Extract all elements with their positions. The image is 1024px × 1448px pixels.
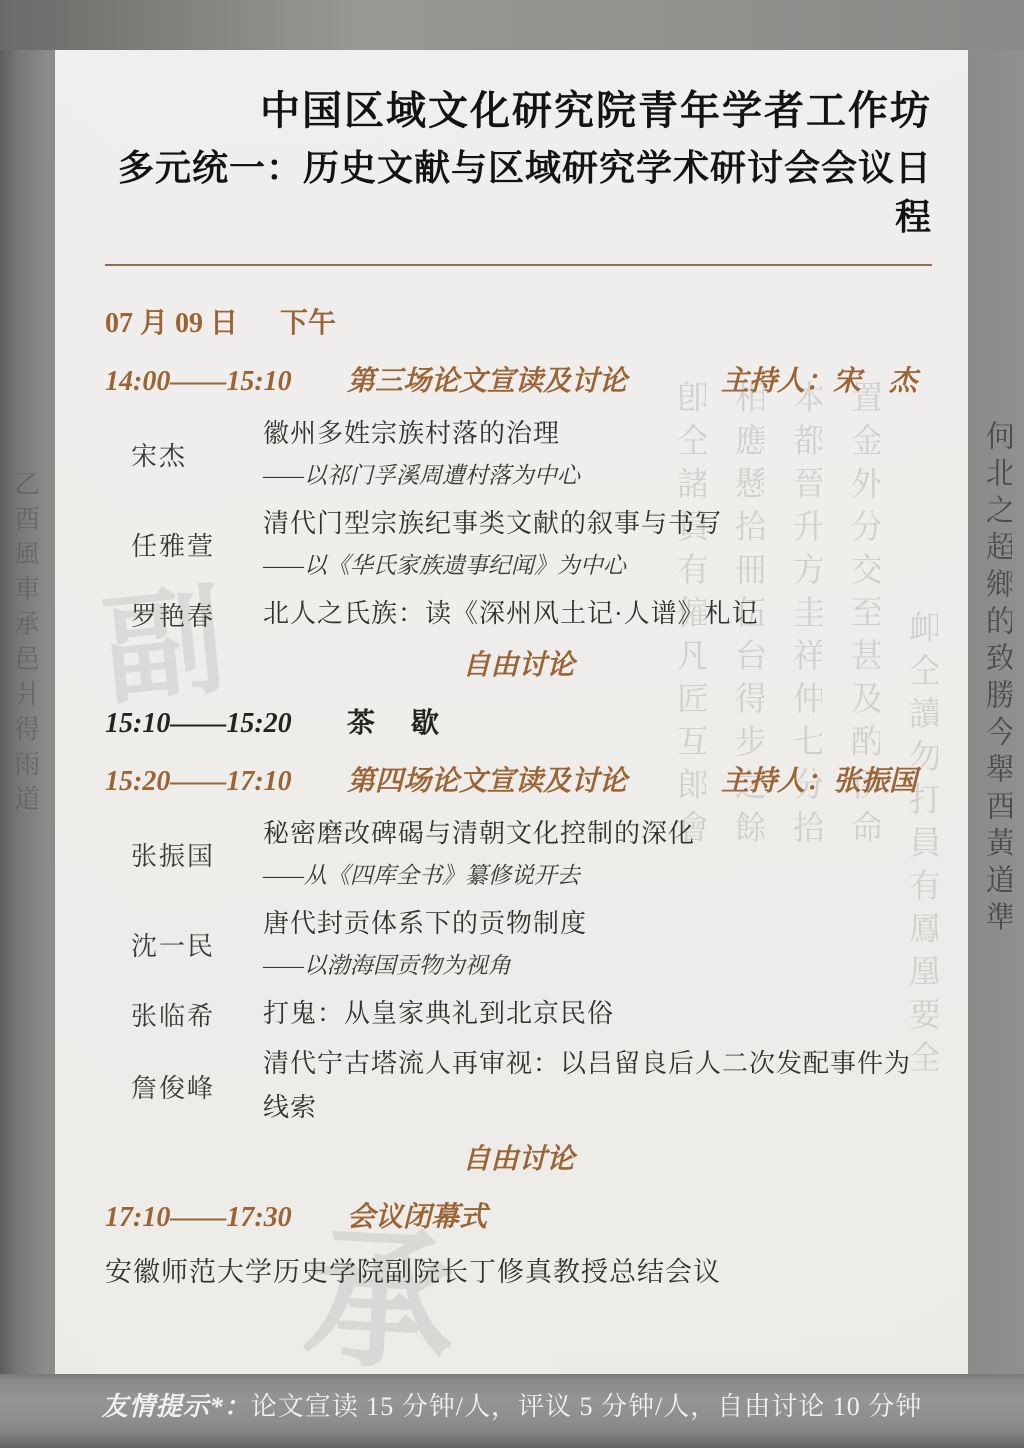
conference-subtitle: 多元统一：历史文献与区域研究学术研讨会会议日程 xyxy=(105,144,932,242)
workshop-title: 中国区域文化研究院青年学者工作坊 xyxy=(105,84,932,138)
session-3-time: 14:00——15:10 xyxy=(105,364,347,400)
paper-body: 秘密磨改碑碣与清朝文化控制的深化 ——从《四库全书》纂修说开去 xyxy=(263,812,932,896)
paper-author: 任雅萱 xyxy=(131,502,263,586)
paper-body: 清代宁古塔流人再审视：以吕留良后人二次发配事件为线索 xyxy=(263,1042,932,1130)
paper-body: 北人之氏族：读《深州风土记·人谱》札记 xyxy=(263,592,932,636)
closing-note: 安徽师范大学历史学院副院长丁修真教授总结会议 xyxy=(105,1254,932,1290)
paper-row: 沈一民 唐代封贡体系下的贡物制度 ——以渤海国贡物为视角 xyxy=(105,902,932,986)
paper-subtitle: ——以《华氏家族遗事纪闻》为中心 xyxy=(263,546,932,586)
paper-title: 清代门型宗族纪事类文献的叙事与书写 xyxy=(263,502,932,546)
session-3-header: 14:00——15:10 第三场论文宣读及讨论 主持人：宋 杰 xyxy=(105,364,932,400)
paper-body: 清代门型宗族纪事类文献的叙事与书写 ——以《华氏家族遗事纪闻》为中心 xyxy=(263,502,932,586)
paper-row: 张振国 秘密磨改碑碣与清朝文化控制的深化 ——从《四库全书》纂修说开去 xyxy=(105,812,932,896)
paper-title: 清代宁古塔流人再审视：以吕留良后人二次发配事件为线索 xyxy=(263,1042,932,1130)
session-3-title: 第三场论文宣读及讨论 xyxy=(347,364,685,400)
title-divider xyxy=(105,264,932,266)
session-4-chair: 主持人：张振国 xyxy=(721,764,917,800)
paper-title: 徽州多姓宗族村落的治理 xyxy=(263,412,932,456)
paper-author: 罗艳春 xyxy=(131,592,263,636)
period-label: 下午 xyxy=(280,306,336,342)
agenda-content: 中国区域文化研究院青年学者工作坊 多元统一：历史文献与区域研究学术研讨会会议日程… xyxy=(55,50,968,1290)
session-4-time: 15:20——17:10 xyxy=(105,764,347,800)
free-discussion-label: 自由讨论 xyxy=(105,1142,932,1178)
paper-subtitle: ——以祁门孚溪周遭村落为中心 xyxy=(263,456,932,496)
free-discussion-label: 自由讨论 xyxy=(105,648,932,684)
footer-reminder: 友情提示*：论文宣读 15 分钟/人，评议 5 分钟/人，自由讨论 10 分钟 xyxy=(0,1390,1024,1424)
title-block: 中国区域文化研究院青年学者工作坊 多元统一：历史文献与区域研究学术研讨会会议日程 xyxy=(105,84,932,242)
paper-row: 张临希 打鬼：从皇家典礼到北京民俗 xyxy=(105,992,932,1036)
paper-subtitle: ——从《四库全书》纂修说开去 xyxy=(263,856,932,896)
footer-reminder-text: 论文宣读 15 分钟/人，评议 5 分钟/人，自由讨论 10 分钟 xyxy=(251,1392,922,1421)
paper-title: 打鬼：从皇家典礼到北京民俗 xyxy=(263,992,932,1036)
paper-row: 詹俊峰 清代宁古塔流人再审视：以吕留良后人二次发配事件为线索 xyxy=(105,1042,932,1130)
paper-body: 打鬼：从皇家典礼到北京民俗 xyxy=(263,992,932,1036)
paper-row: 宋杰 徽州多姓宗族村落的治理 ——以祁门孚溪周遭村落为中心 xyxy=(105,412,932,496)
paper-author: 张振国 xyxy=(131,812,263,896)
paper-title: 唐代封贡体系下的贡物制度 xyxy=(263,902,932,946)
closing-time: 17:10——17:30 xyxy=(105,1200,347,1236)
background-calligraphy-column-right: 何北之超鄉的致勝今舉酉黃道準 xyxy=(982,420,1012,1360)
session-4-title: 第四场论文宣读及讨论 xyxy=(347,764,685,800)
paper-title: 北人之氏族：读《深州风土记·人谱》札记 xyxy=(263,592,932,636)
date-label: 07 月 09 日 xyxy=(105,306,238,342)
background-top-band xyxy=(0,0,1024,50)
closing-header: 17:10——17:30 会议闭幕式 xyxy=(105,1200,932,1236)
footer-reminder-prefix: 友情提示*： xyxy=(102,1392,251,1421)
paper-author: 张临希 xyxy=(131,992,263,1036)
session-3-chair: 主持人：宋 杰 xyxy=(721,364,917,400)
paper-author: 沈一民 xyxy=(131,902,263,986)
tea-break-row: 15:10——15:20 茶 歇 xyxy=(105,706,932,742)
agenda-sheet: 卽仝諸員有僱凡匠互郎會 相應懸拾冊伍台得步之餘 本都晉升方圭祥仲七分拾 置金外分… xyxy=(55,50,968,1374)
paper-row: 罗艳春 北人之氏族：读《深州风土记·人谱》札记 xyxy=(105,592,932,636)
paper-title: 秘密磨改碑碣与清朝文化控制的深化 xyxy=(263,812,932,856)
paper-author: 宋杰 xyxy=(131,412,263,496)
date-heading: 07 月 09 日 下午 xyxy=(105,306,932,342)
paper-subtitle: ——以渤海国贡物为视角 xyxy=(263,946,932,986)
paper-author: 詹俊峰 xyxy=(131,1042,263,1130)
tea-break-label: 茶 歇 xyxy=(347,706,685,742)
tea-break-time: 15:10——15:20 xyxy=(105,706,347,742)
paper-body: 唐代封贡体系下的贡物制度 ——以渤海国贡物为视角 xyxy=(263,902,932,986)
closing-title: 会议闭幕式 xyxy=(347,1200,685,1236)
background-calligraphy-column-left: 乙酉風車承邑爿得雨道 xyxy=(12,470,38,1330)
paper-body: 徽州多姓宗族村落的治理 ——以祁门孚溪周遭村落为中心 xyxy=(263,412,932,496)
paper-row: 任雅萱 清代门型宗族纪事类文献的叙事与书写 ——以《华氏家族遗事纪闻》为中心 xyxy=(105,502,932,586)
session-4-header: 15:20——17:10 第四场论文宣读及讨论 主持人：张振国 xyxy=(105,764,932,800)
